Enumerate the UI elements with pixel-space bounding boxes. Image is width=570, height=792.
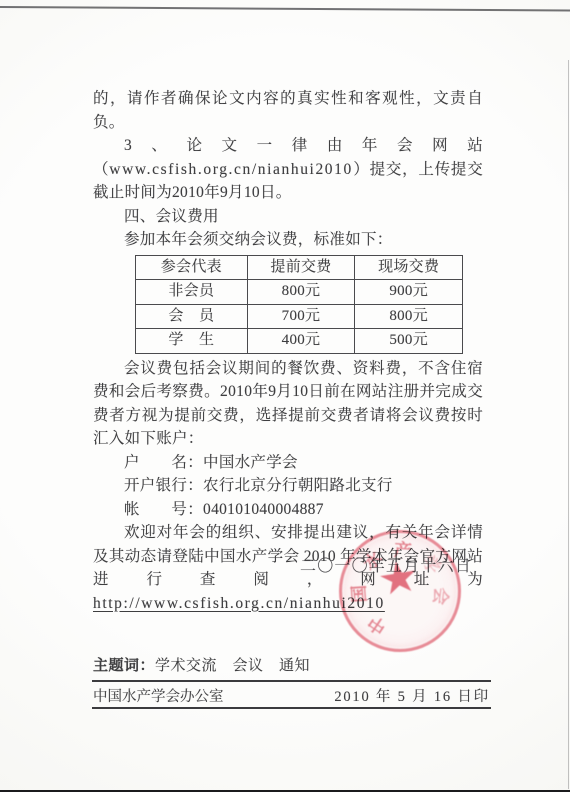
- keywords-row: 主题词：学术交流 会议 通知: [93, 654, 310, 675]
- footer-office: 中国水产学会办公室: [93, 685, 224, 706]
- fee-cell: 900元: [355, 280, 463, 305]
- fee-cell: 500元: [355, 329, 463, 354]
- fee-table-header-row: 参会代表 提前交费 现场交费: [136, 255, 463, 280]
- fee-cell: 学 生: [136, 329, 248, 354]
- bank-label: 开户银行：: [124, 477, 203, 494]
- submission-site-url: www.csfish.org.cn/nianhui2010: [109, 161, 353, 178]
- fee-cell: 700元: [247, 304, 355, 329]
- fee-cell: 会 员: [136, 304, 248, 329]
- fee-cell: 800元: [247, 280, 355, 305]
- fee-table: 参会代表 提前交费 现场交费 非会员 800元 900元 会 员 700元 80…: [135, 255, 463, 354]
- bank-value: 农行北京分行朝阳路北支行: [203, 477, 393, 494]
- fee-table-row-nonmember: 非会员 800元 900元: [136, 280, 463, 305]
- fee-header-onsite: 现场交费: [355, 255, 463, 280]
- fee-cell: 800元: [355, 304, 463, 329]
- account-name-label: 户 名：: [124, 454, 203, 471]
- paragraph-continuation: 的，请作者确保论文内容的真实性和客观性，文责自负。: [93, 87, 483, 134]
- fee-cell: 400元: [247, 329, 355, 354]
- account-name-line: 户 名：中国水产学会: [93, 451, 483, 475]
- footer-row: 中国水产学会办公室 2010 年 5 月 16 日印: [93, 683, 490, 707]
- section-heading-fees: 四、会议费用: [93, 205, 483, 229]
- scanned-document-page: 的，请作者确保论文内容的真实性和客观性，文责自负。 3、论文一律由年会网站（ww…: [0, 0, 570, 792]
- seal-char: 国: [347, 583, 368, 604]
- keywords-label: 主题词：: [93, 658, 155, 674]
- scan-top-edge: [0, 6, 570, 11]
- account-number-value: 040101040004887: [203, 501, 324, 518]
- bank-line: 开户银行：农行北京分行朝阳路北支行: [93, 474, 483, 498]
- fee-header-delegate: 参会代表: [136, 255, 248, 280]
- paragraph-fee-details: 会议费包括会议期间的餐饮费、资料费，不含住宿费和会后考察费。2010年9月10日…: [93, 357, 483, 451]
- account-number-label: 帐 号：: [124, 501, 203, 518]
- fee-table-row-student: 学 生 400元 500元: [136, 329, 463, 354]
- scan-right-edge: [568, 60, 569, 789]
- fee-cell: 非会员: [136, 280, 248, 305]
- account-name-value: 中国水产学会: [203, 454, 298, 471]
- official-seal: 产 学 会 中 国 水: [339, 530, 461, 652]
- paragraph-fee-intro: 参加本年会须交纳会议费，标准如下：: [93, 228, 483, 252]
- footer-rule-top: [92, 680, 491, 682]
- account-number-line: 帐 号：040101040004887: [93, 498, 483, 522]
- footer-rule-bottom: [92, 707, 491, 709]
- fee-table-row-member: 会 员 700元 800元: [136, 304, 463, 329]
- keywords-text: 学术交流 会议 通知: [155, 658, 310, 674]
- seal-char: 会: [431, 585, 453, 607]
- fee-header-advance: 提前交费: [247, 255, 355, 280]
- seal-char: 产: [392, 538, 413, 559]
- footer-print-date: 2010 年 5 月 16 日印: [334, 685, 490, 706]
- paragraph-submission: 3、论文一律由年会网站（www.csfish.org.cn/nianhui201…: [93, 134, 483, 205]
